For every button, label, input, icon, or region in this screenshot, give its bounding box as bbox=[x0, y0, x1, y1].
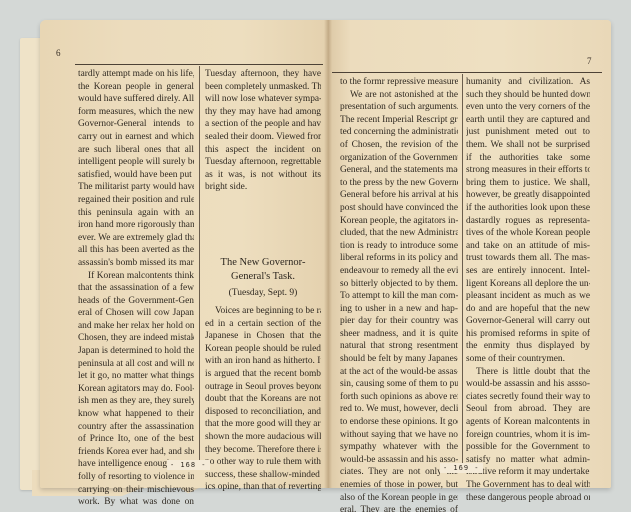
text-line: sealed their doom. Viewed from bbox=[205, 131, 321, 144]
text-line: Korean people should be ruled bbox=[205, 343, 321, 356]
text-line: tion is ready to introduce some bbox=[340, 240, 458, 253]
text-line: agents of Korean malcontents in bbox=[466, 416, 590, 429]
text-line: to the formr repressive measures. bbox=[340, 76, 458, 89]
open-booklet: 6 tardly attempt made on his life,the Ko… bbox=[40, 20, 611, 488]
text-line: all this has been averted as the bbox=[78, 244, 194, 257]
column-divider-left bbox=[199, 66, 200, 462]
text-line: just punishment meted out to bbox=[466, 126, 590, 139]
text-line: ish men as they are, they surely bbox=[78, 395, 194, 408]
left-page-column-2-top: Tuesday afternoon, they havebeen complet… bbox=[205, 68, 321, 194]
text-line: with an iron hand as hitherto. It bbox=[205, 355, 321, 368]
text-line: thy they may have had among bbox=[205, 106, 321, 119]
text-line: these dangerous people abroad on bbox=[466, 492, 590, 505]
text-line: tardly attempt made on his life, bbox=[78, 68, 194, 81]
text-line: even unto the very corners of the bbox=[466, 101, 590, 114]
text-line: folly of resorting to violence in bbox=[78, 471, 194, 484]
text-line: ses are entirely innocent. Intel- bbox=[466, 265, 590, 278]
column-divider-right bbox=[462, 74, 463, 467]
text-line: this peninsula again with an bbox=[78, 207, 194, 220]
article-title-line-2: General's Task. bbox=[205, 270, 321, 284]
text-line: of Chosen, the revision of the bbox=[340, 139, 458, 152]
right-page-column-1: to the formr repressive measures.We are … bbox=[340, 76, 458, 512]
text-line: and take on an attitude of mis- bbox=[466, 240, 590, 253]
text-line: dastardly rogues as representa- bbox=[466, 215, 590, 228]
text-line: Voices are beginning to be rais- bbox=[205, 305, 321, 318]
text-line: iron hand more rigorously than bbox=[78, 219, 194, 232]
text-line: let it go, no matter what things bbox=[78, 370, 194, 383]
text-line: strong measures in their efforts to bbox=[466, 164, 590, 177]
text-line: disposed to reconciliation, and bbox=[205, 406, 321, 419]
text-line: Japan is determined to hold the bbox=[78, 345, 194, 358]
text-line: that the assassination of a few bbox=[78, 282, 194, 295]
text-line: sympathy whatever with the bbox=[340, 441, 458, 454]
text-line: endeavour to remedy all the evils bbox=[340, 265, 458, 278]
text-line: satisfied, would have been put off. bbox=[78, 169, 194, 182]
page-number-left: 6 bbox=[56, 48, 61, 58]
text-line: Japanese in Chosen that the bbox=[205, 330, 321, 343]
text-line: ever. We are extremely glad that bbox=[78, 232, 194, 245]
page-number-right: 7 bbox=[587, 56, 592, 66]
text-line: his promised reforms in spite of bbox=[466, 328, 590, 341]
text-line: pleasant incident as much as we bbox=[466, 290, 590, 303]
text-line: if the authorities look upon these bbox=[466, 202, 590, 215]
text-line: will now lose whatever sympa- bbox=[205, 93, 321, 106]
article-date: (Tuesday, Sept. 9) bbox=[205, 288, 321, 298]
right-page: 7 to the formr repressive measures.We ar… bbox=[328, 20, 611, 488]
text-line: the Korean people in general bbox=[78, 81, 194, 94]
text-line: foreign countries, whom it is im- bbox=[466, 429, 590, 442]
text-line: eral. They are the enemies of bbox=[340, 504, 458, 512]
text-line: outrage in Seoul proves beyond bbox=[205, 381, 321, 394]
text-line: country after the assassination bbox=[78, 421, 194, 434]
text-line: intelligent people will surely be bbox=[78, 156, 194, 169]
archive-page-stamp-right: - 169 - bbox=[440, 463, 483, 473]
text-line: ligent Koreans all deplore the un- bbox=[466, 278, 590, 291]
text-line: at the act of the would-be assas- bbox=[340, 366, 458, 379]
text-line: heads of the Government-Gen bbox=[78, 295, 194, 308]
text-line: to the press by the new Governor- bbox=[340, 177, 458, 190]
text-line: however, be greatly disappointed bbox=[466, 189, 590, 202]
text-line: forth such opinions as above refer- bbox=[340, 391, 458, 404]
text-line: Governor-General will carry out bbox=[466, 315, 590, 328]
text-line: Chosen, they are indeed mistaken. bbox=[78, 332, 194, 345]
text-line: To attempt to kill the man com- bbox=[340, 290, 458, 303]
text-line: Tuesday afternoon, they have bbox=[205, 68, 321, 81]
left-page-column-1: tardly attempt made on his life,the Kore… bbox=[78, 68, 194, 509]
text-line: Korean agitators may do. Fool- bbox=[78, 383, 194, 396]
text-line: also of the Korean people in gen- bbox=[340, 492, 458, 505]
text-line: are such liberal ones that all bbox=[78, 144, 194, 157]
text-line: the enmity thus displayed by bbox=[466, 340, 590, 353]
text-line: shown the more audacious will bbox=[205, 431, 321, 444]
text-line: regained their position and ruled bbox=[78, 194, 194, 207]
article-title: The New Governor- General's Task. bbox=[205, 256, 321, 284]
text-line: work. By what was done on bbox=[78, 496, 194, 509]
text-line: red to. We must, however, decline bbox=[340, 403, 458, 416]
text-line: istrative reform it may undertake. bbox=[466, 466, 590, 479]
text-line: trust towards them all. The mas- bbox=[466, 252, 590, 265]
text-line: The recent Imperial Rescript gran- bbox=[340, 114, 458, 127]
text-line: peninsula at all cost and will not bbox=[78, 358, 194, 371]
text-line: so bitterly objected to by them. bbox=[340, 278, 458, 291]
text-line: such they should be hunted down bbox=[466, 89, 590, 102]
text-line: should be felt by many Japanese bbox=[340, 353, 458, 366]
text-line: satisfy no matter what admin- bbox=[466, 454, 590, 467]
text-line: without saying that we have no bbox=[340, 429, 458, 442]
book-gutter bbox=[324, 20, 332, 488]
text-line: to endorse these opinions. It goes bbox=[340, 416, 458, 429]
text-line: tives of the whole Korean people bbox=[466, 227, 590, 240]
left-page: 6 tardly attempt made on his life,the Ko… bbox=[40, 20, 328, 488]
text-line: cluded, that the new Administra- bbox=[340, 227, 458, 240]
text-line: as it was, is not without its bbox=[205, 169, 321, 182]
text-line: ics opine, than that of reverting bbox=[205, 481, 321, 494]
header-rule-right bbox=[332, 72, 602, 73]
text-line: know what happened to their bbox=[78, 408, 194, 421]
text-line: success, these shallow-minded crit- bbox=[205, 469, 321, 482]
text-line: humanity and civilization. As bbox=[466, 76, 590, 89]
text-line: Seoul from abroad. They are bbox=[466, 403, 590, 416]
text-line: they become. Therefore there is bbox=[205, 444, 321, 457]
text-line: do and are hopeful that the new bbox=[466, 303, 590, 316]
text-line: this aspect the incident on bbox=[205, 144, 321, 157]
text-line: General before his arrival at his bbox=[340, 189, 458, 202]
text-line: carrying on their mischievous bbox=[78, 484, 194, 497]
article-title-line-1: The New Governor- bbox=[205, 256, 321, 270]
text-line: of Prince Ito, one of the best bbox=[78, 433, 194, 446]
text-line: sheer madness, and it is quite bbox=[340, 328, 458, 341]
text-line: if the authorities take some bbox=[466, 152, 590, 165]
text-line: We are not astonished at the bbox=[340, 89, 458, 102]
text-line: that the more good will they are bbox=[205, 418, 321, 431]
text-line: been completely unmasked. They bbox=[205, 81, 321, 94]
text-line: and make her relax her hold on bbox=[78, 320, 194, 333]
text-line: ing to usher in a new and hap- bbox=[340, 303, 458, 316]
text-line: ed in a certain section of the bbox=[205, 318, 321, 331]
text-line: bring them to justice. We shall, bbox=[466, 177, 590, 190]
text-line: a section of the people and have bbox=[205, 118, 321, 131]
text-line: them. We shall not be surprised bbox=[466, 139, 590, 152]
text-line: possible for the Government to bbox=[466, 441, 590, 454]
text-line: would-be assassin and his assso- bbox=[466, 378, 590, 391]
text-line: natural that strong resentment bbox=[340, 340, 458, 353]
text-line: ciates secretly found their way to bbox=[466, 391, 590, 404]
text-line: bright side. bbox=[205, 181, 321, 194]
text-line: is argued that the recent bomb bbox=[205, 368, 321, 381]
text-line: There is little doubt that the bbox=[466, 366, 590, 379]
text-line: organization of the Government- bbox=[340, 152, 458, 165]
text-line: earth until they are captured and bbox=[466, 114, 590, 127]
text-line: Korean people, the agitators in- bbox=[340, 215, 458, 228]
text-line: ted concerning the administration bbox=[340, 126, 458, 139]
text-line: would have suffered direly. All re- bbox=[78, 93, 194, 106]
text-line: presentation of such arguments. bbox=[340, 101, 458, 114]
text-line: doubt that the Koreans are not bbox=[205, 393, 321, 406]
text-line: friends Korea ever had, and should bbox=[78, 446, 194, 459]
text-line: post should have convinced the bbox=[340, 202, 458, 215]
text-line: pier day for their country was bbox=[340, 315, 458, 328]
text-line: The Government has to deal with bbox=[466, 479, 590, 492]
text-line: Tuesday afternoon, regrettable bbox=[205, 156, 321, 169]
text-line: If Korean malcontents think bbox=[78, 270, 194, 283]
text-line: General, and the statements made bbox=[340, 164, 458, 177]
text-line: carry out in earnest and which bbox=[78, 131, 194, 144]
text-line: enemies of those in power, but bbox=[340, 479, 458, 492]
text-line: The militarist party would have bbox=[78, 181, 194, 194]
text-line: eral of Chosen will cow Japan bbox=[78, 307, 194, 320]
text-line: assassin's bomb missed its mark. bbox=[78, 257, 194, 270]
text-line: some of their countrymen. bbox=[466, 353, 590, 366]
header-rule-left bbox=[75, 64, 323, 65]
text-line: sin, causing some of them to put bbox=[340, 378, 458, 391]
text-line: Governor-General intends to bbox=[78, 118, 194, 131]
text-line: no other way to rule them with bbox=[205, 456, 321, 469]
right-page-column-2: humanity and civilization. Assuch they s… bbox=[466, 76, 590, 504]
archive-page-stamp-left: - 168 - bbox=[167, 460, 210, 470]
text-line: liberal reforms in its policy and to bbox=[340, 252, 458, 265]
left-page-column-2-bottom: Voices are beginning to be rais-ed in a … bbox=[205, 305, 321, 494]
text-line: form measures, which the new bbox=[78, 106, 194, 119]
